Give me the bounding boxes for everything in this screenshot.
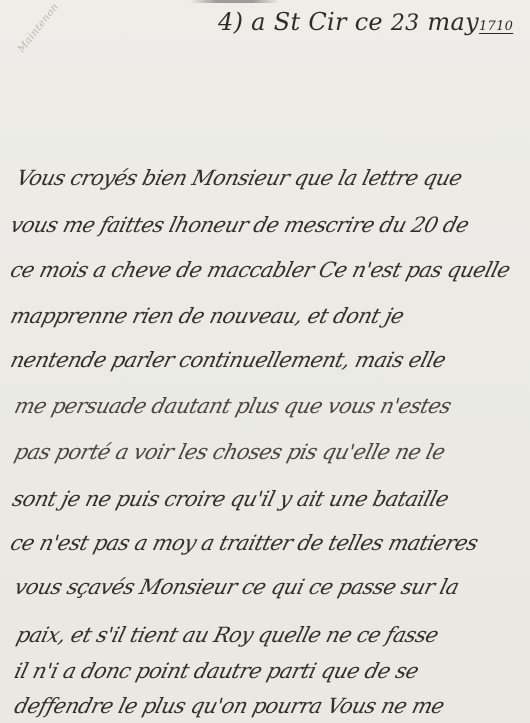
letter-line: sont je ne puis croire qu'il y ait une b…: [10, 487, 451, 511]
letter-line: mapprenne rien de nouveau, et dont je: [8, 304, 406, 328]
letter-body: Vous croyés bien Monsieur que la lettre …: [0, 0, 530, 723]
letter-line: il n'i a donc point dautre parti que de …: [12, 659, 421, 683]
letter-line: Vous croyés bien Monsieur que la lettre …: [14, 166, 464, 190]
letter-line: nentende parler continuellement, mais el…: [8, 348, 448, 372]
letter-line: vous sçavés Monsieur ce qui ce passe sur…: [12, 575, 461, 599]
letter-line: deffendre le plus qu'on pourra Vous ne m…: [12, 694, 447, 718]
letter-line: ce n'est pas a moy a traitter de telles …: [8, 531, 480, 555]
letter-line: vous me faittes lhoneur de mescrire du 2…: [8, 213, 471, 237]
letter-line: paix, et s'il tient au Roy quelle ne ce …: [14, 623, 441, 647]
letter-page: Maintenon 4) a St Cir ce 23 may1710 Vous…: [0, 0, 530, 723]
letter-line: ce mois a cheve de maccabler Ce n'est pa…: [8, 258, 512, 282]
letter-line: me persuade dautant plus que vous n'este…: [12, 394, 454, 418]
letter-line: pas porté a voir les choses pis qu'elle …: [12, 440, 447, 464]
